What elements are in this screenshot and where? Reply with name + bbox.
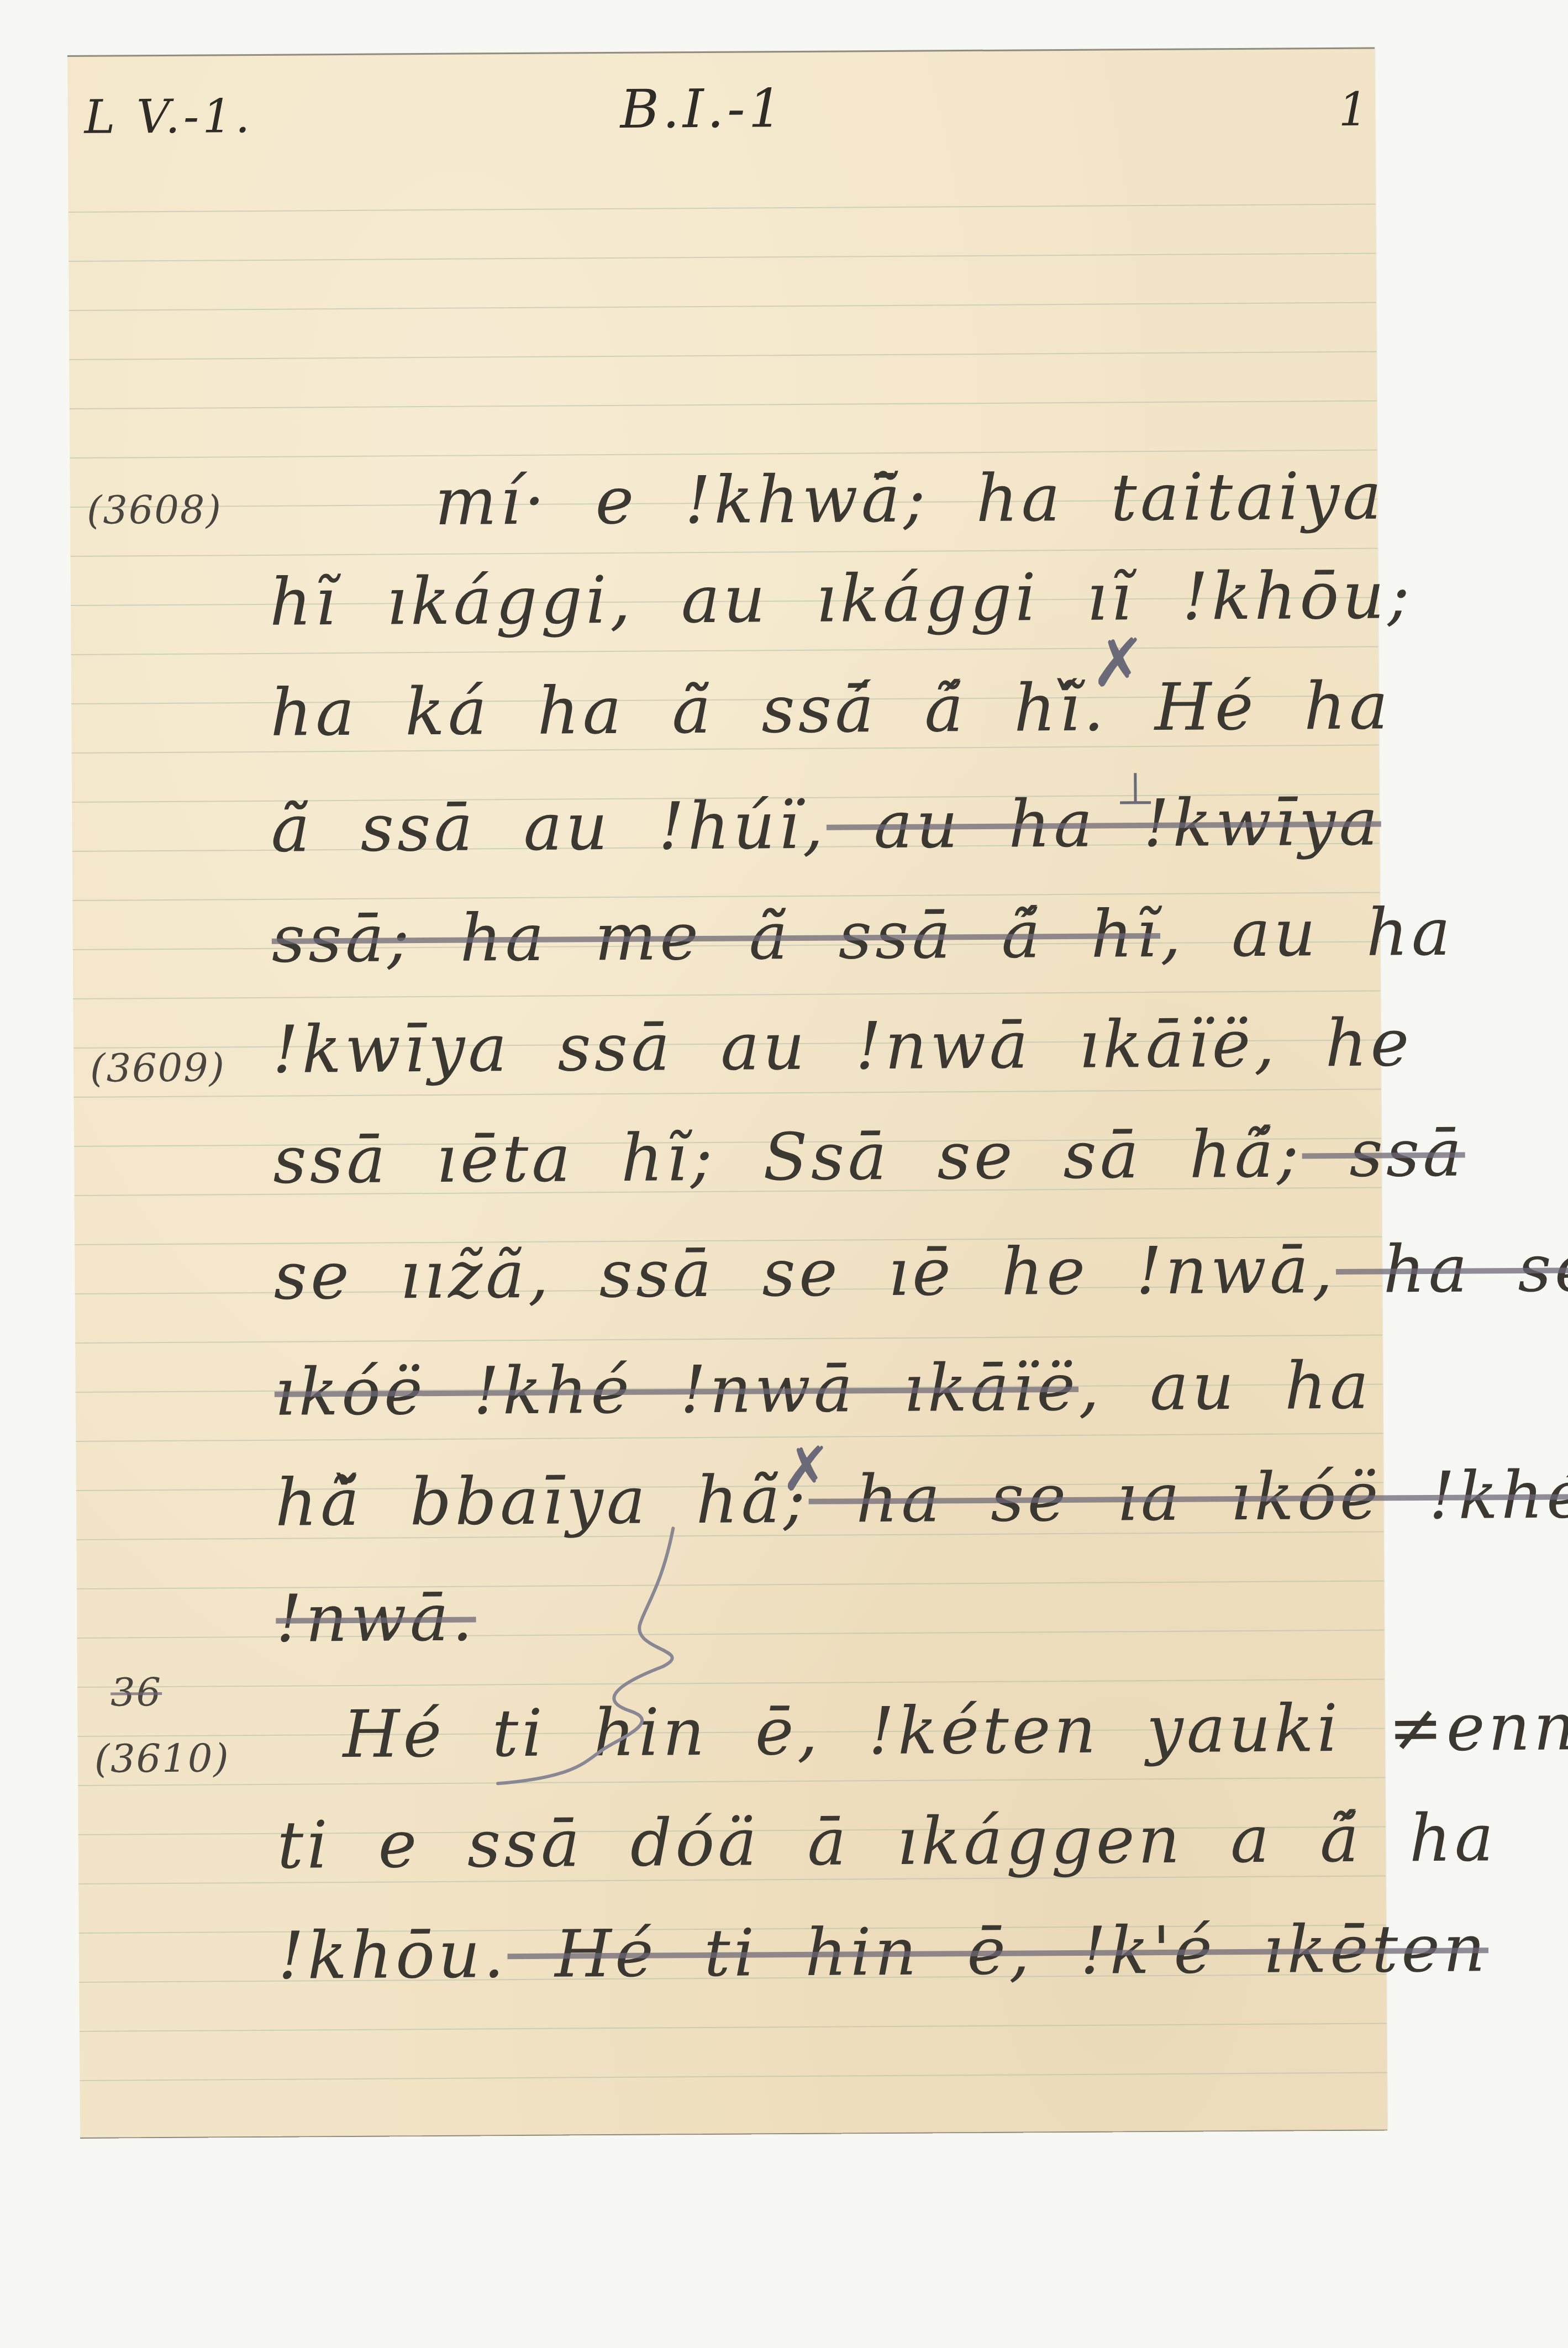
- text-segment: , au ha: [1160, 894, 1454, 972]
- manuscript-line: ssā ıēta hĩ; Ssā se sā hã́; ssā: [273, 1115, 1465, 1198]
- text-segment: hĩ ıkággi, au ıkággi ıĩ !khōu;: [270, 557, 1413, 640]
- header-left-ref: L V.-1.: [84, 89, 253, 144]
- manuscript-line: ti e ssā dóä ā ıkággen a ã́ ha: [277, 1799, 1497, 1883]
- ruled-line: [76, 1433, 1383, 1442]
- manuscript-line: !nwā.: [276, 1580, 476, 1657]
- text-segment: ti e ssā dóä ā ıkággen a ã́ ha: [277, 1799, 1497, 1883]
- ruled-line: [74, 1089, 1381, 1098]
- manuscript-line: !khōu. Hé ti hin ē, !k'é ıkēten: [278, 1910, 1489, 1993]
- manuscript-line: ã̃ ssā au !húï, au ha !kwīya: [271, 784, 1381, 867]
- header-center-ref: B.I.-1: [620, 77, 786, 140]
- pencil-cross-mark-icon: ✗: [1090, 625, 1146, 702]
- margin-ref-3609: (3609): [90, 1045, 225, 1091]
- ruled-line: [69, 253, 1376, 262]
- ruled-line: [80, 2023, 1387, 2031]
- ruled-line: [71, 548, 1378, 557]
- text-segment: mí· e !khwā̃; ha taitaiya: [435, 457, 1385, 540]
- ruled-line: [71, 646, 1378, 655]
- struck-text-segment: ıkóë !khé !nwā ıkāïë: [274, 1349, 1078, 1430]
- page-number: 1: [1338, 82, 1371, 136]
- text-segment: ssā ıēta hĩ; Ssā se sā hã́;: [273, 1115, 1302, 1198]
- ruled-line: [75, 1335, 1382, 1344]
- manuscript-line: ha ká ha ã̃ ssā́ ã́ hĩ̌. Hé ha: [270, 667, 1392, 750]
- struck-text-segment: !nwā.: [276, 1580, 476, 1657]
- ruled-line: [80, 2072, 1387, 2081]
- text-segment: !kwīya ssā au !nwā ıkāïë, he: [272, 1004, 1413, 1088]
- margin-ref-3608: (3608): [87, 487, 222, 533]
- manuscript-page: L V.-1. B.I.-1 1 (3608) (3609) 36 (3610)…: [67, 48, 1387, 2139]
- ruled-line: [70, 450, 1377, 459]
- transcription-body: mí· e !khwā̃; ha taitaiyahĩ ıkággi, au ı…: [67, 49, 1375, 57]
- manuscript-line: hĩ ıkággi, au ıkággi ıĩ !khōu;: [270, 557, 1413, 640]
- struck-text-segment: au ha !kwīya: [826, 784, 1381, 864]
- text-segment: se ıız̃ã, ssā se ıē he !nwā,: [273, 1231, 1336, 1314]
- manuscript-line: se ıız̃ã, ssā se ıē he !nwā, ha se: [273, 1230, 1568, 1314]
- margin-ref-3610: (3610): [94, 1735, 230, 1781]
- pencil-cross-mark-icon: ✗: [780, 1434, 832, 1505]
- pencil-squiggle-icon: [463, 1517, 741, 1795]
- text-segment: ã̃ ssā au !húï,: [271, 787, 827, 867]
- text-segment: ha ká ha ã̃ ssā́ ã́ hĩ̌. Hé ha: [270, 667, 1392, 750]
- struck-text-segment: Hé ti hin ē, !k'é ıkēten: [507, 1910, 1488, 1992]
- text-segment: !khōu.: [278, 1916, 508, 1994]
- struck-text-segment: ha se: [1336, 1230, 1568, 1308]
- ruled-line: [69, 302, 1376, 311]
- struck-text-segment: ssā; ha me ã̃ ssā ã́ hĩ: [271, 896, 1160, 977]
- pencil-caret-icon: ⊥: [1116, 763, 1155, 814]
- ruled-line: [69, 351, 1376, 360]
- manuscript-line: ıkóë !khé !nwā ıkāïë, au ha: [274, 1347, 1372, 1430]
- manuscript-line: mí· e !khwā̃; ha taitaiya: [435, 457, 1385, 540]
- margin-ref-struck: 36: [111, 1670, 162, 1715]
- struck-text-segment: ssā: [1302, 1115, 1465, 1192]
- manuscript-line: !kwīya ssā au !nwā ıkāïë, he: [272, 1004, 1413, 1088]
- struck-text-segment: ha se ıa ıkóë !khé: [808, 1456, 1568, 1538]
- ruled-lines: [67, 49, 1375, 57]
- ruled-line: [69, 204, 1376, 213]
- text-segment: , au ha: [1078, 1347, 1372, 1425]
- ruled-line: [70, 401, 1377, 409]
- ruled-line: [73, 991, 1380, 999]
- manuscript-line: ssā; ha me ã̃ ssā ã́ hĩ, au ha: [271, 894, 1454, 977]
